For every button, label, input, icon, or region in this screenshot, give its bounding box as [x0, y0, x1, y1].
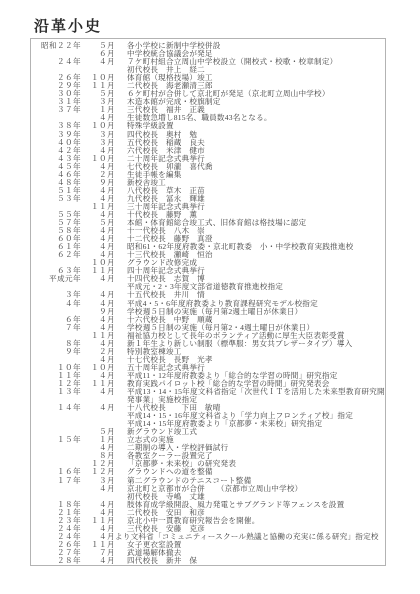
history-row: ２４年 ４月 ７ケ町村組合立周山中学校設立（開校式・校歌・校章制定） [35, 58, 385, 66]
history-row: ４５年 ４月 七代校長 卯瀧 喜代喬 [35, 163, 385, 171]
year-cell [35, 444, 81, 452]
year-cell: ９年 [35, 348, 81, 356]
history-row: ４８年 ９月 新校舎竣工 [35, 179, 385, 187]
history-row: ５１年 ４月 八代校長 草木 正苗 [35, 187, 385, 195]
history-row: ５７年 ５月 本館・体育館総合竣工式、旧体育館は格技場に認定 [35, 219, 385, 227]
event-text: 四代校長 新井 保 [127, 557, 197, 565]
history-row: ４月 京北町と京都市が合併 （京都市立周山中学校） [35, 485, 385, 493]
history-row: ２４年 ４月 より文科省「コミュニティースクール熟議と協働の充実に係る研究」指定… [35, 533, 385, 541]
history-row: ５月 新グラウンド竣工式 [35, 428, 385, 436]
history-row: １０月 グラウンド改修完成 [35, 259, 385, 267]
history-row: ３８年 １０月 特殊学級設置 [35, 122, 385, 130]
year-cell: ２４年 [35, 58, 81, 66]
year-cell: ５３年 [35, 195, 81, 203]
year-cell: ３７年 [35, 106, 81, 114]
history-row: ４６年 ２月 生徒手帳を編集 [35, 171, 385, 179]
month-cell: ４月 [81, 485, 115, 493]
year-cell: １５年 [35, 436, 81, 444]
history-row: ５３年 ４月 九代校長 冨永 輝雄 [35, 195, 385, 203]
year-cell: １３年 [35, 388, 81, 396]
history-row: １３年 ４月 平成13・14・15年度文科省指定「次世代ＩＴを活用した未来型教育… [35, 388, 385, 396]
year-cell: 昭和２２年 [35, 42, 81, 50]
month-cell: ４月 [81, 275, 115, 283]
history-row: １８年 ４月 肢体育成学級開設、風力発電とサブグランド等フェンスを設置 [35, 501, 385, 509]
year-cell [35, 420, 81, 428]
year-cell: ２８年 [35, 557, 81, 565]
year-cell [35, 412, 81, 420]
history-row: ４月 十七代校長 長野 光孝 [35, 356, 385, 364]
year-cell [35, 485, 81, 493]
history-row: ８年 ４月 新１年生より新しい制服（標準服：男女共ブレザータイプ）導入 [35, 340, 385, 348]
history-row: ２６年 １１月 女子更衣室設置 [35, 541, 385, 549]
month-cell: ４月 [81, 404, 115, 412]
history-row: ６３年 １１月 四十周年記念式典挙行 [35, 267, 385, 275]
history-row: ３９年 ３月 四代校長 奥村 勉 [35, 131, 385, 139]
year-cell: ６２年 [35, 251, 81, 259]
history-row: 平成14・15年度府教委より「京都夢・未来校」研究指定 [35, 420, 385, 428]
month-cell: ４月 [81, 58, 115, 66]
month-cell [81, 412, 115, 420]
history-row: ４月 生徒数急増し815名、職員数43名となる。 [35, 114, 385, 122]
history-row: ４２年 ４月 六代校長 米津 健市 [35, 147, 385, 155]
history-row: ３１年 ３月 木造本館が完成・校旗制定 [35, 98, 385, 106]
history-row: ２３年 １１月 京北小中一貫教育研究報告会を開催。 [35, 517, 385, 525]
year-cell: １７年 [35, 477, 81, 485]
year-cell: ７年 [35, 324, 81, 332]
history-row: ６２年 ４月 十三代校長 瀬崎 恒治 [35, 251, 385, 259]
year-cell: 平成元年 [35, 275, 81, 283]
year-cell: １４年 [35, 404, 81, 412]
history-row: ２８年 ４月 四代校長 新井 保 [35, 557, 385, 565]
year-cell: ４年 [35, 300, 81, 308]
history-row: ２７年 ７月 武道場解体撤去 [35, 549, 385, 557]
month-cell: ４月 [81, 388, 115, 396]
history-row: ４０年 ３月 五代校長 稲蔵 良夫 [35, 139, 385, 147]
history-row: １１月 三十周年記念式典挙行 [35, 203, 385, 211]
month-cell: ４月 [81, 557, 115, 565]
year-cell [35, 452, 81, 460]
page-title: 沿革小史 [34, 15, 102, 36]
history-row: 平成元・2・3年度文部省道徳教育推進校指定 [35, 283, 385, 291]
history-box: 昭和２２年 ５月 各小学校に新制中学校併設 ６月 中学校統合協議会が発足 ２４年… [30, 38, 386, 566]
